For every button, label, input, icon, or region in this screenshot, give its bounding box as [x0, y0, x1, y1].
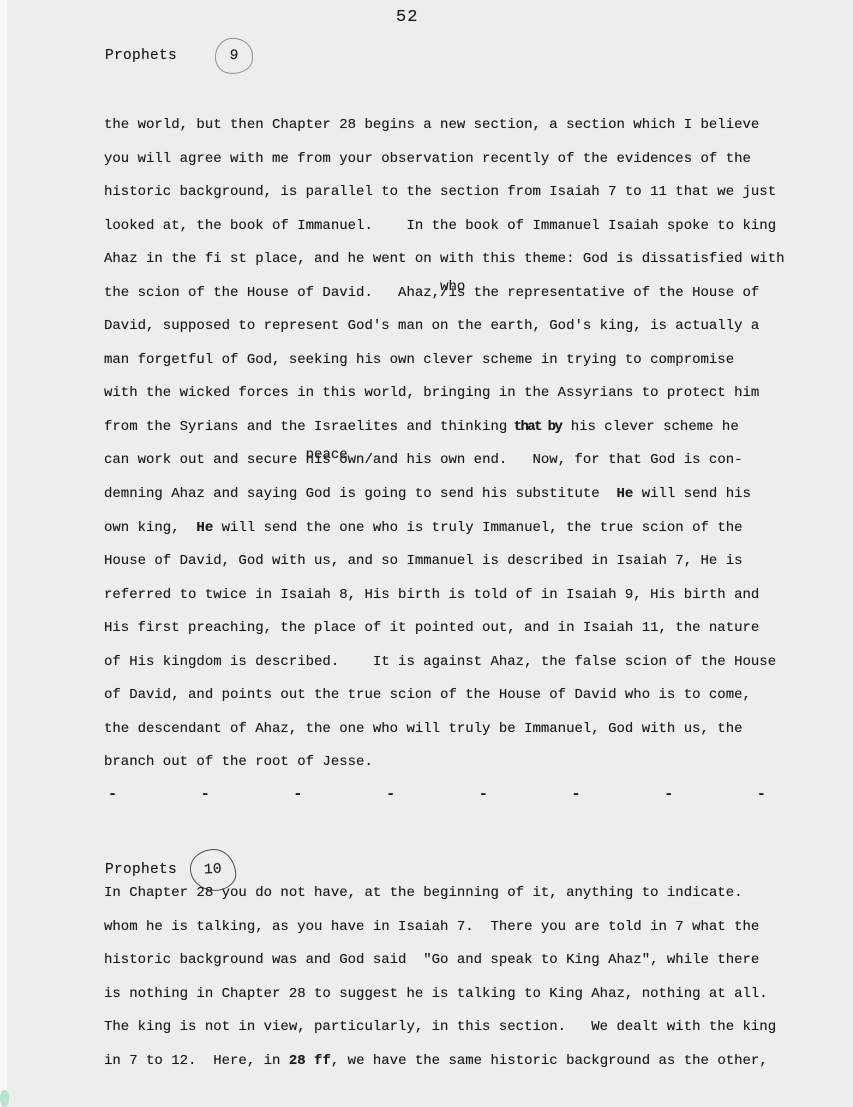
inserted-word: peace: [306, 448, 348, 462]
text-line: The king is not in view, particularly, i…: [104, 1011, 776, 1045]
document-page: 52 Prophets 9 the world, but then Chapte…: [0, 0, 853, 1107]
text-segment: will send his: [633, 486, 751, 502]
insertion-anchor: peace/: [364, 444, 372, 478]
text-line: In Chapter 28 you do not have, at the be…: [104, 877, 776, 911]
separator-dash: -: [757, 784, 766, 806]
text-segment: the scion of the House of David. Ahaz,: [104, 285, 440, 301]
paragraph-2: In Chapter 28 you do not have, at the be…: [104, 877, 776, 1078]
text-line: with the wicked forces in this world, br…: [104, 377, 785, 411]
dash-separator: --------: [108, 784, 766, 806]
text-segment: and his own end. Now, for that God is co…: [373, 452, 743, 468]
text-line: man forgetful of God, seeking his own cl…: [104, 344, 785, 378]
page-number: 52: [396, 8, 418, 27]
text-line: in 7 to 12. Here, in 28 ff, we have the …: [104, 1045, 776, 1079]
text-line: own king, He will send the one who is tr…: [104, 512, 785, 546]
separator-dash: -: [108, 784, 117, 806]
text-line: His first preaching, the place of it poi…: [104, 612, 785, 646]
text-line: looked at, the book of Immanuel. In the …: [104, 210, 785, 244]
text-line: David, supposed to represent God's man o…: [104, 310, 785, 344]
text-line: Ahaz in the fi st place, and he went on …: [104, 243, 785, 277]
separator-dash: -: [664, 784, 673, 806]
text-segment: , we have the same historic background a…: [331, 1053, 768, 1069]
text-line: referred to twice in Isaiah 8, His birth…: [104, 579, 785, 613]
text-line: of His kingdom is described. It is again…: [104, 646, 785, 680]
separator-dash: -: [572, 784, 581, 806]
text-line: whom he is talking, as you have in Isaia…: [104, 911, 776, 945]
paragraph-1: the world, but then Chapter 28 begins a …: [104, 109, 785, 780]
separator-dash: -: [293, 784, 302, 806]
text-line: branch out of the root of Jesse.: [104, 746, 785, 780]
section-title: Prophets: [105, 48, 177, 64]
text-line: the descendant of Ahaz, the one who will…: [104, 713, 785, 747]
circled-lecture-number: 9: [214, 36, 255, 75]
text-segment: is the representative of the House of: [448, 285, 759, 301]
overtyped-text: that by: [514, 419, 563, 435]
text-line: is nothing in Chapter 28 to suggest he i…: [104, 978, 776, 1012]
text-line: historic background, is parallel to the …: [104, 176, 785, 210]
text-line: House of David, God with us, and so Imma…: [104, 545, 785, 579]
text-line: the world, but then Chapter 28 begins a …: [104, 109, 785, 143]
text-segment: demning Ahaz and saying God is going to …: [104, 486, 616, 502]
overtyped-text: 28 ff: [289, 1053, 331, 1069]
text-segment: in 7 to 12. Here, in: [104, 1053, 289, 1069]
inserted-word: who: [440, 280, 465, 294]
text-line: the scion of the House of David. Ahaz,wh…: [104, 277, 785, 311]
text-line: demning Ahaz and saying God is going to …: [104, 478, 785, 512]
text-line: of David, and points out the true scion …: [104, 679, 785, 713]
text-line: you will agree with me from your observa…: [104, 143, 785, 177]
text-segment: own king,: [104, 520, 196, 536]
separator-dash: -: [386, 784, 395, 806]
separator-dash: -: [201, 784, 210, 806]
text-segment: from the Syrians and the Israelites and …: [104, 419, 516, 435]
overtyped-text: He: [196, 520, 213, 536]
scan-edge-artifact: [0, 0, 7, 1107]
section-title: Prophets: [105, 862, 177, 878]
separator-dash: -: [479, 784, 488, 806]
scan-color-artifact: [0, 1090, 9, 1107]
text-line: from the Syrians and the Israelites and …: [104, 411, 785, 445]
insertion-anchor: who/: [440, 277, 448, 311]
text-line: can work out and secure his ownpeace/and…: [104, 444, 785, 478]
overtyped-text: He: [616, 486, 633, 502]
text-segment: his clever scheme he: [562, 419, 738, 435]
text-line: historic background was and God said "Go…: [104, 944, 776, 978]
text-segment: will send the one who is truly Immanuel,…: [213, 520, 742, 536]
section-heading-1: Prophets 9: [105, 33, 253, 79]
